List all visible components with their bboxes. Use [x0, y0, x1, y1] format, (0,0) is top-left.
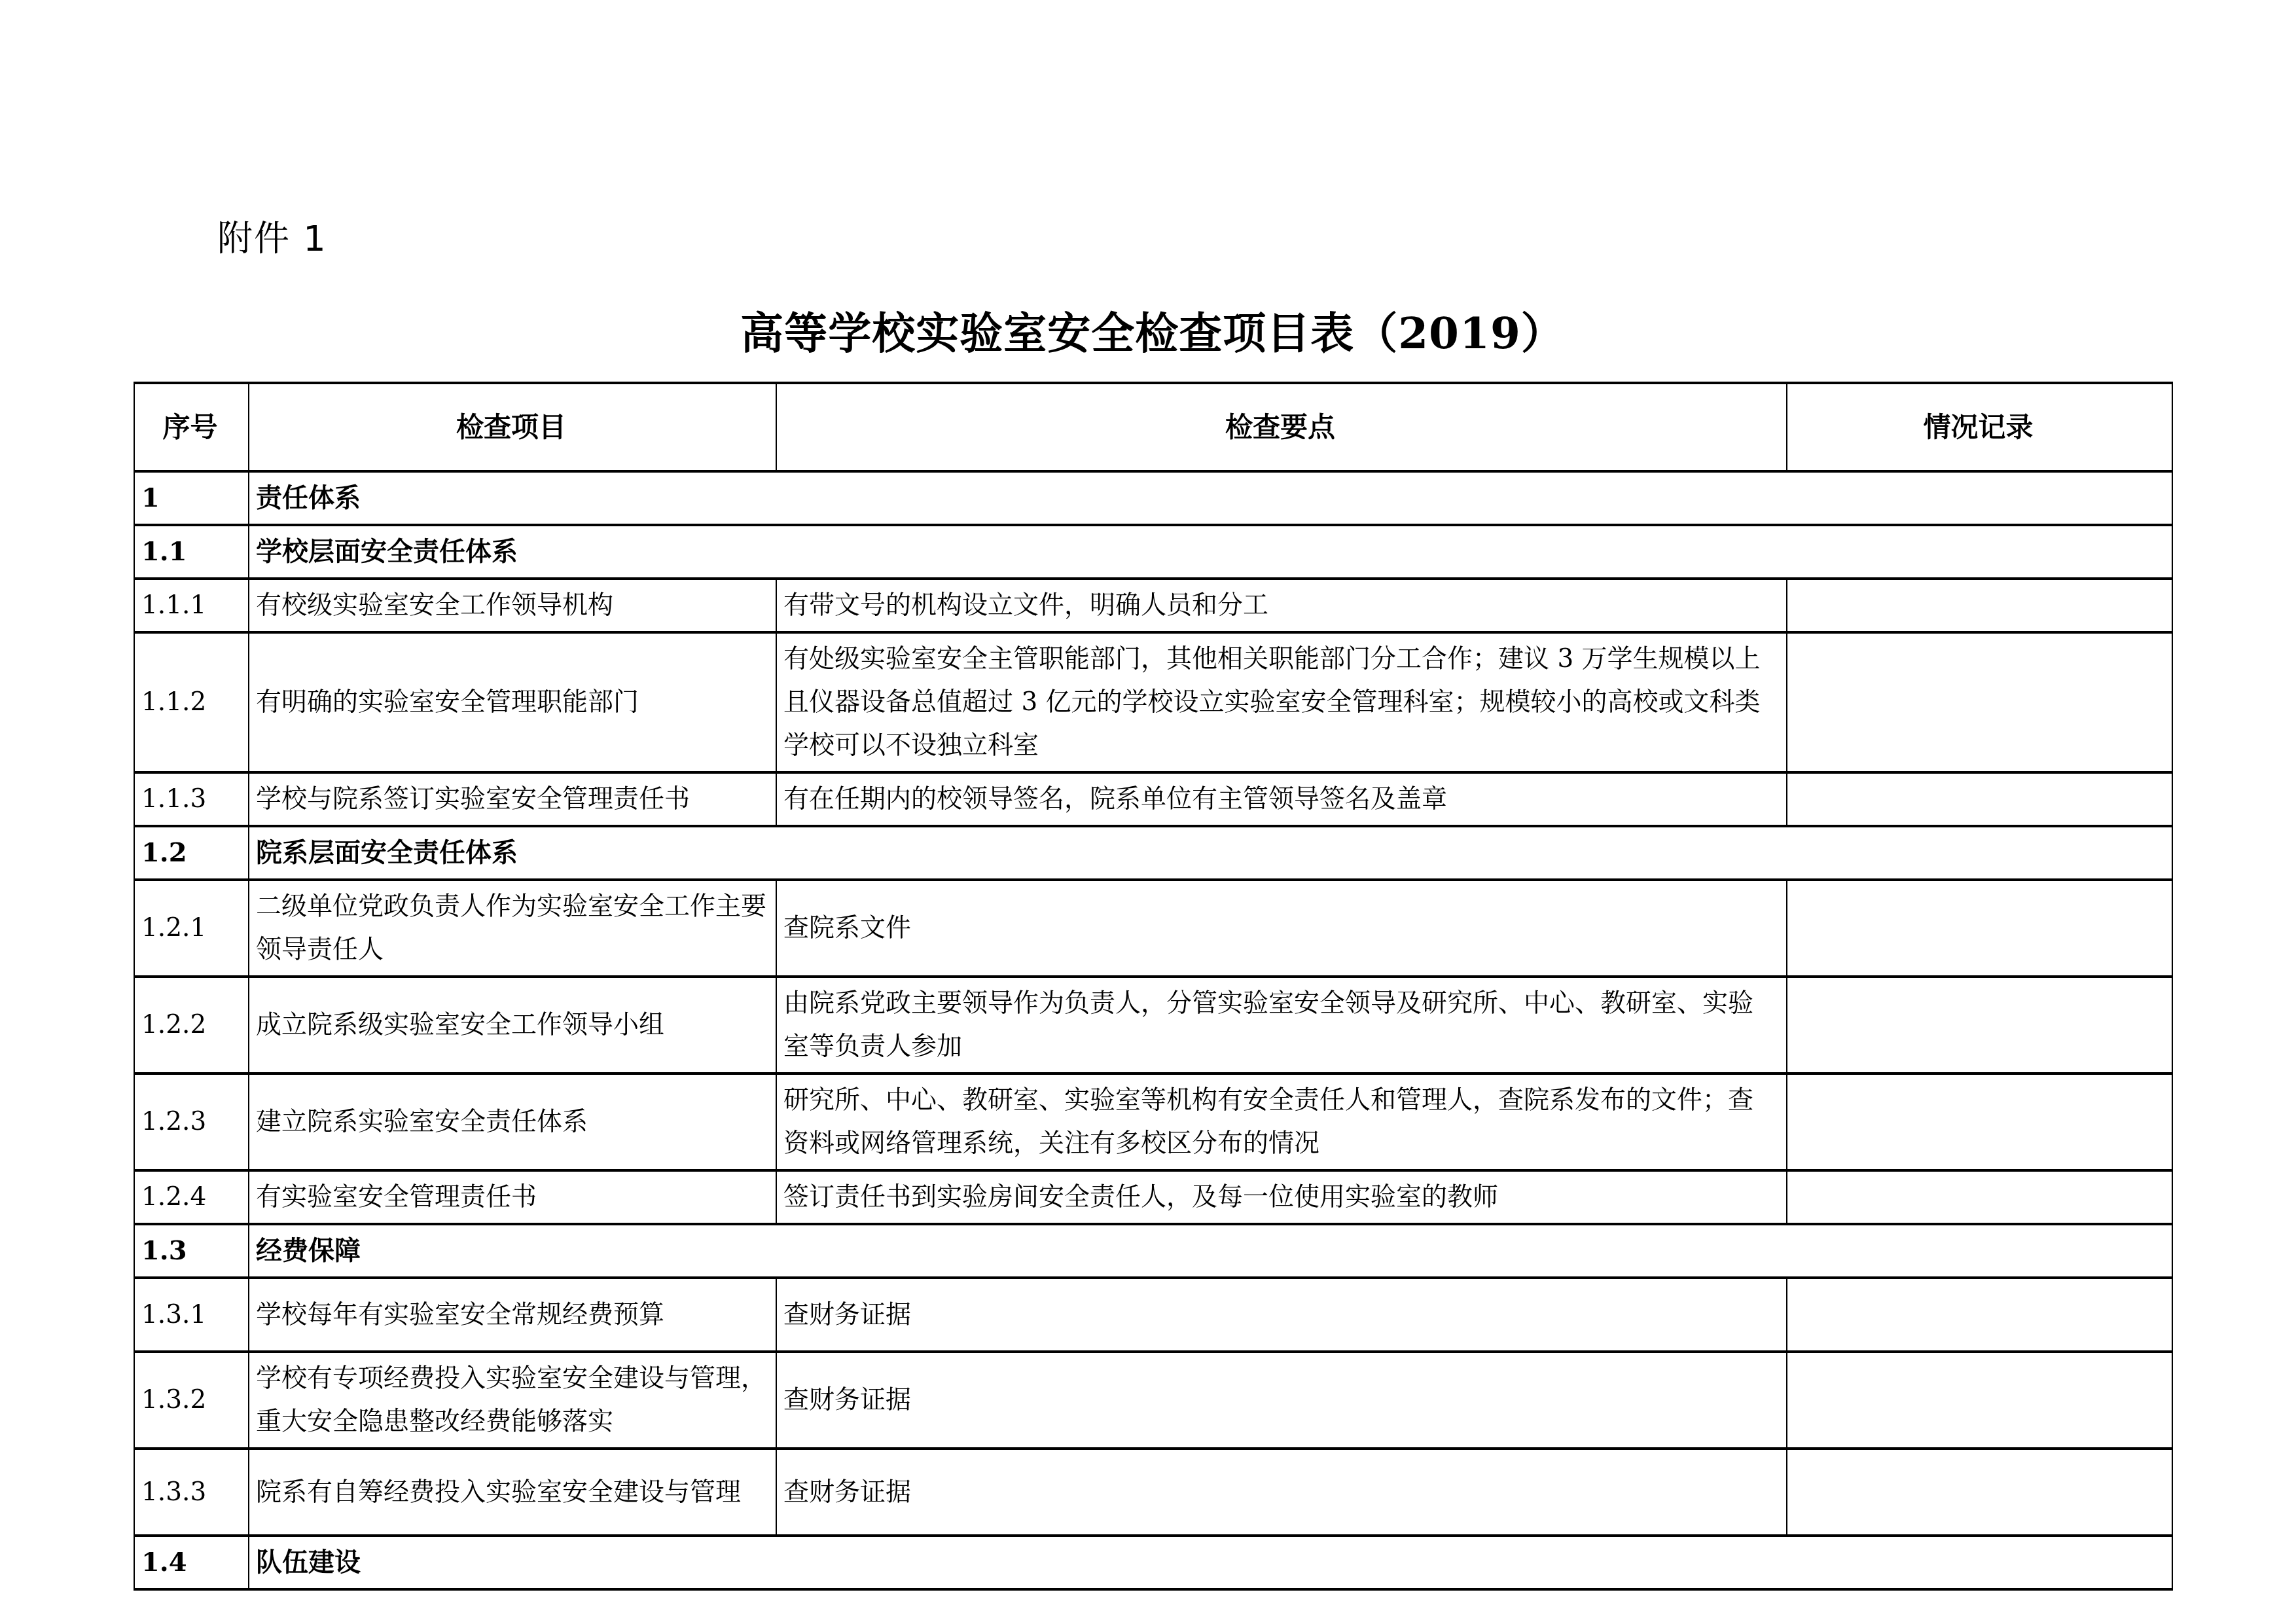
- item-cell: 有校级实验室安全工作领导机构: [249, 579, 776, 632]
- section-row-1-1: 1.1 学校层面安全责任体系: [134, 525, 2172, 579]
- document-page: 附件 1 高等学校实验室安全检查项目表（2019） 序号 检查项目 检查要点 情…: [0, 0, 2296, 1624]
- section-row-1: 1 责任体系: [134, 471, 2172, 525]
- section-row-1-4: 1.4 队伍建设: [134, 1536, 2172, 1589]
- page-title: 高等学校实验室安全检查项目表（2019）: [134, 298, 2172, 361]
- table-row-1-1-2: 1.1.2 有明确的实验室安全管理职能部门 有处级实验室安全主管职能部门，其他相…: [134, 632, 2172, 772]
- record-cell: [1787, 632, 2172, 772]
- row-number-cell: 1.1.2: [134, 632, 249, 772]
- row-number-cell: 1.3.3: [134, 1449, 249, 1536]
- row-number-cell: 1.2.3: [134, 1074, 249, 1170]
- section-label-cell: 责任体系: [249, 471, 2172, 525]
- item-cell: 有明确的实验室安全管理职能部门: [249, 632, 776, 772]
- points-cell: 有在任期内的校领导签名，院系单位有主管领导签名及盖章: [776, 772, 1787, 826]
- points-cell: 有处级实验室安全主管职能部门，其他相关职能部门分工合作；建议 3 万学生规模以上…: [776, 632, 1787, 772]
- table-row-1-1-1: 1.1.1 有校级实验室安全工作领导机构 有带文号的机构设立文件，明确人员和分工: [134, 579, 2172, 632]
- record-cell: [1787, 1074, 2172, 1170]
- record-cell: [1787, 1170, 2172, 1224]
- table-row-1-2-4: 1.2.4 有实验室安全管理责任书 签订责任书到实验房间安全责任人，及每一位使用…: [134, 1170, 2172, 1224]
- row-number-cell: 1.3.1: [134, 1278, 249, 1352]
- item-cell: 学校每年有实验室安全常规经费预算: [249, 1278, 776, 1352]
- item-cell: 成立院系级实验室安全工作领导小组: [249, 977, 776, 1074]
- table-row-1-2-1: 1.2.1 二级单位党政负责人作为实验室安全工作主要领导责任人 查院系文件: [134, 880, 2172, 977]
- table-row-1-2-3: 1.2.3 建立院系实验室安全责任体系 研究所、中心、教研室、实验室等机构有安全…: [134, 1074, 2172, 1170]
- record-cell: [1787, 1352, 2172, 1449]
- table-row-1-2-2: 1.2.2 成立院系级实验室安全工作领导小组 由院系党政主要领导作为负责人，分管…: [134, 977, 2172, 1074]
- row-number-cell: 1.2.1: [134, 880, 249, 977]
- column-header-record: 情况记录: [1787, 383, 2172, 471]
- points-cell: 查财务证据: [776, 1449, 1787, 1536]
- table-row-1-3-2: 1.3.2 学校有专项经费投入实验室安全建设与管理，重大安全隐患整改经费能够落实…: [134, 1352, 2172, 1449]
- section-label-cell: 学校层面安全责任体系: [249, 525, 2172, 579]
- item-cell: 学校与院系签订实验室安全管理责任书: [249, 772, 776, 826]
- points-cell: 由院系党政主要领导作为负责人，分管实验室安全领导及研究所、中心、教研室、实验室等…: [776, 977, 1787, 1074]
- item-cell: 有实验室安全管理责任书: [249, 1170, 776, 1224]
- section-row-1-3: 1.3 经费保障: [134, 1224, 2172, 1278]
- row-number-cell: 1.2: [134, 826, 249, 880]
- row-number-cell: 1.3: [134, 1224, 249, 1278]
- column-header-points: 检查要点: [776, 383, 1787, 471]
- column-header-item: 检查项目: [249, 383, 776, 471]
- table-row-1-3-3: 1.3.3 院系有自筹经费投入实验室安全建设与管理 查财务证据: [134, 1449, 2172, 1536]
- row-number-cell: 1.2.4: [134, 1170, 249, 1224]
- row-number-cell: 1.2.2: [134, 977, 249, 1074]
- record-cell: [1787, 977, 2172, 1074]
- item-cell: 院系有自筹经费投入实验室安全建设与管理: [249, 1449, 776, 1536]
- item-cell: 学校有专项经费投入实验室安全建设与管理，重大安全隐患整改经费能够落实: [249, 1352, 776, 1449]
- row-number-cell: 1.4: [134, 1536, 249, 1589]
- points-cell: 签订责任书到实验房间安全责任人，及每一位使用实验室的教师: [776, 1170, 1787, 1224]
- row-number-cell: 1.3.2: [134, 1352, 249, 1449]
- table-row-1-1-3: 1.1.3 学校与院系签订实验室安全管理责任书 有在任期内的校领导签名，院系单位…: [134, 772, 2172, 826]
- item-cell: 二级单位党政负责人作为实验室安全工作主要领导责任人: [249, 880, 776, 977]
- row-number-cell: 1.1.1: [134, 579, 249, 632]
- column-header-no: 序号: [134, 383, 249, 471]
- section-label-cell: 院系层面安全责任体系: [249, 826, 2172, 880]
- points-cell: 查财务证据: [776, 1278, 1787, 1352]
- record-cell: [1787, 579, 2172, 632]
- inspection-table: 序号 检查项目 检查要点 情况记录 1 责任体系 1.1 学校层面安全责任体系 …: [134, 382, 2173, 1591]
- section-label-cell: 经费保障: [249, 1224, 2172, 1278]
- attachment-label: 附件 1: [217, 211, 327, 261]
- record-cell: [1787, 880, 2172, 977]
- points-cell: 查院系文件: [776, 880, 1787, 977]
- points-cell: 有带文号的机构设立文件，明确人员和分工: [776, 579, 1787, 632]
- section-label-cell: 队伍建设: [249, 1536, 2172, 1589]
- points-cell: 研究所、中心、教研室、实验室等机构有安全责任人和管理人，查院系发布的文件；查资料…: [776, 1074, 1787, 1170]
- record-cell: [1787, 1449, 2172, 1536]
- record-cell: [1787, 772, 2172, 826]
- record-cell: [1787, 1278, 2172, 1352]
- row-number-cell: 1: [134, 471, 249, 525]
- table-row-1-3-1: 1.3.1 学校每年有实验室安全常规经费预算 查财务证据: [134, 1278, 2172, 1352]
- row-number-cell: 1.1: [134, 525, 249, 579]
- item-cell: 建立院系实验室安全责任体系: [249, 1074, 776, 1170]
- section-row-1-2: 1.2 院系层面安全责任体系: [134, 826, 2172, 880]
- row-number-cell: 1.1.3: [134, 772, 249, 826]
- points-cell: 查财务证据: [776, 1352, 1787, 1449]
- table-header-row: 序号 检查项目 检查要点 情况记录: [134, 383, 2172, 471]
